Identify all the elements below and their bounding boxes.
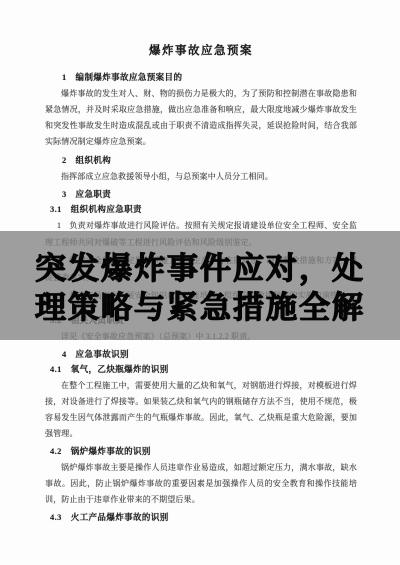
headline-line-2: 理策略与紧急措施全解 [0, 288, 400, 327]
heading-3-duties: 3 应急职责 [45, 187, 357, 201]
headline-line-1: 突发爆炸事件应对，处 [0, 249, 400, 288]
paragraph-organization: 指挥部成立应急救援领导小组，与总预案中人员分工相同。 [45, 169, 357, 185]
heading-4-identification: 4 应急事故识别 [45, 347, 357, 361]
heading-2-organization: 2 组织机构 [45, 153, 357, 167]
paragraph-oxygen-acetylene: 在整个工程施工中，需要使用大量的乙炔和氧气，对钢筋进行焊接，对模板进行焊接，对设… [45, 378, 357, 442]
heading-3-1-org-duties: 3.1 组织机构应急职责 [45, 202, 357, 216]
document-title: 爆炸事故应急预案 [45, 42, 357, 60]
paragraph-purpose: 爆炸事故的发生对人、财、物的损伤力是极大的，为了预防和控制潜在事故隐患和紧急情况… [45, 86, 357, 150]
document-page: 爆炸事故应急预案 1 编制爆炸事故应急预案目的 爆炸事故的发生对人、财、物的损伤… [0, 0, 400, 565]
paragraph-boiler: 锅炉爆炸事故主要是操作人员违章作业易造成，如超过额定压力，满水事故，缺水事故。因… [45, 460, 357, 508]
heading-4-3-explosive-products: 4.3 火工产品爆炸事故的识别 [45, 510, 357, 524]
heading-4-2-boiler: 4.2 锅炉爆炸事故的识别 [45, 444, 357, 458]
heading-4-1-oxygen-acetylene: 4.1 氧气，乙炔瓶爆炸的识别 [45, 362, 357, 376]
headline-overlay-band: 突发爆炸事件应对，处 理策略与紧急措施全解 [0, 231, 400, 340]
heading-1-purpose: 1 编制爆炸事故应急预案目的 [45, 70, 357, 84]
